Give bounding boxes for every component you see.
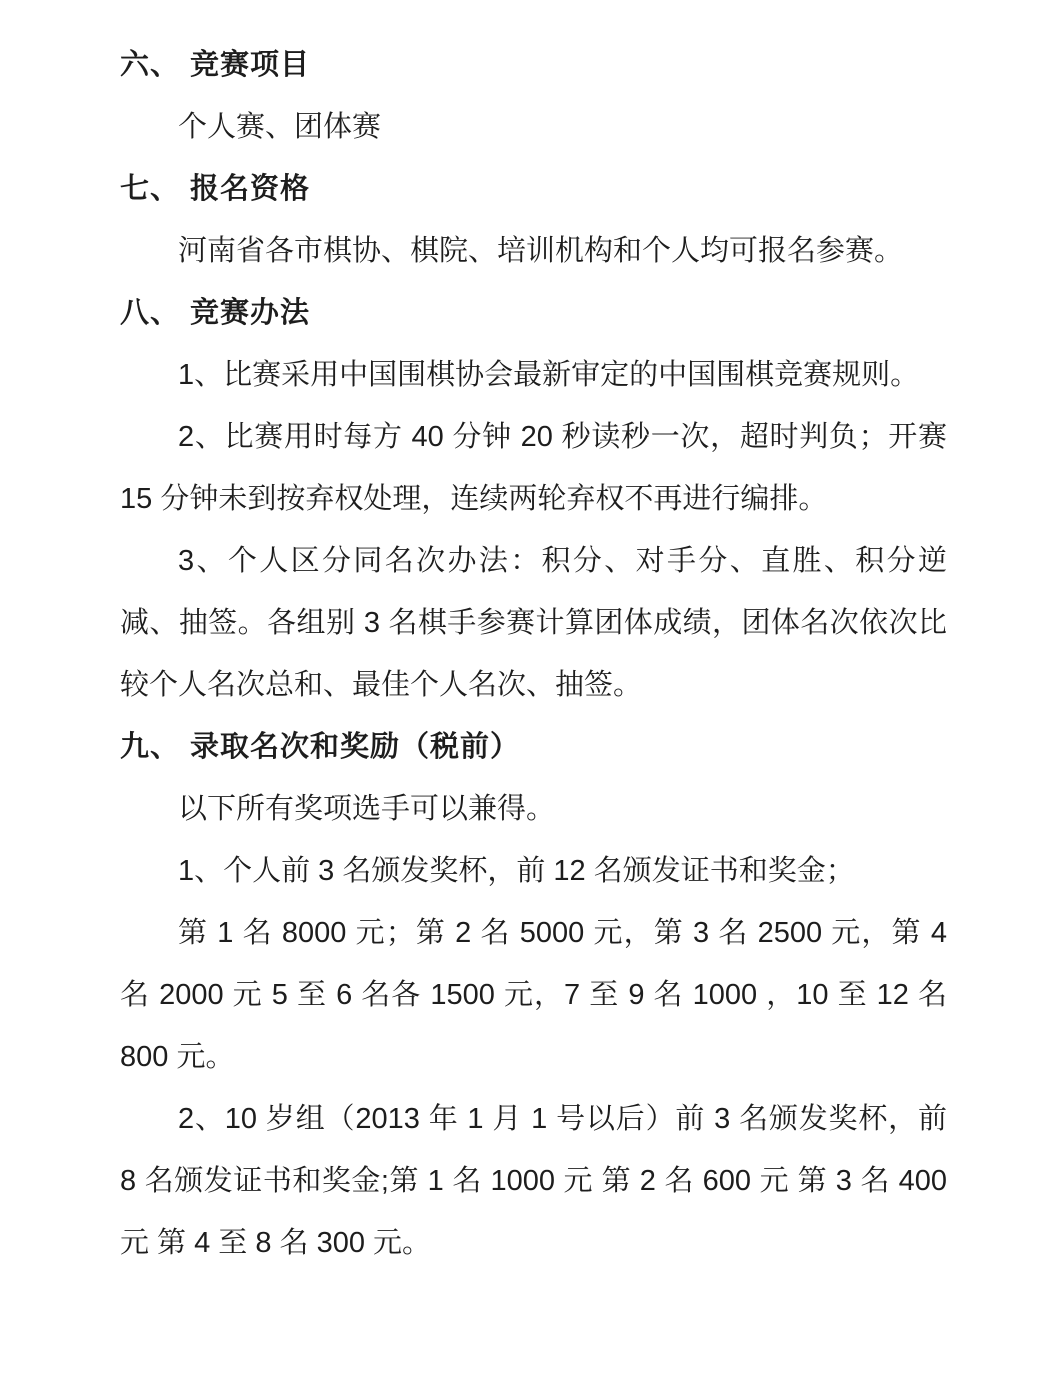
heading-eligibility: 七、报名资格 (120, 158, 947, 220)
heading-number: 六、 (120, 49, 180, 81)
paragraph-eligibility: 河南省各市棋协、棋院、培训机构和个人均可报名参赛。 (120, 220, 947, 282)
paragraph-events-list: 个人赛、团体赛 (120, 96, 947, 158)
paragraph-rule-3: 3、个人区分同名次办法：积分、对手分、直胜、积分逆减、抽签。各组别 3 名棋手参… (120, 530, 947, 716)
heading-title: 竞赛办法 (190, 297, 310, 329)
paragraph-rule-2: 2、比赛用时每方 40 分钟 20 秒读秒一次，超时判负；开赛 15 分钟未到按… (120, 406, 947, 530)
heading-title: 报名资格 (190, 173, 310, 205)
heading-awards: 九、录取名次和奖励（税前） (120, 716, 947, 778)
heading-title: 竞赛项目 (190, 49, 310, 81)
heading-number: 八、 (120, 297, 180, 329)
paragraph-award-amounts: 第 1 名 8000 元；第 2 名 5000 元，第 3 名 2500 元，第… (120, 902, 947, 1088)
heading-number: 七、 (120, 173, 180, 205)
heading-number: 九、 (120, 731, 180, 763)
paragraph-awards-intro: 以下所有奖项选手可以兼得。 (120, 778, 947, 840)
paragraph-award-individual: 1、个人前 3 名颁发奖杯，前 12 名颁发证书和奖金； (120, 840, 947, 902)
heading-title: 录取名次和奖励（税前） (190, 731, 520, 763)
paragraph-rule-1: 1、比赛采用中国围棋协会最新审定的中国围棋竞赛规则。 (120, 344, 947, 406)
heading-competition-events: 六、竞赛项目 (120, 34, 947, 96)
document-page: 六、竞赛项目 个人赛、团体赛 七、报名资格 河南省各市棋协、棋院、培训机构和个人… (0, 0, 1063, 1375)
heading-competition-rules: 八、竞赛办法 (120, 282, 947, 344)
paragraph-award-age10-group: 2、10 岁组（2013 年 1 月 1 号以后）前 3 名颁发奖杯，前 8 名… (120, 1088, 947, 1274)
